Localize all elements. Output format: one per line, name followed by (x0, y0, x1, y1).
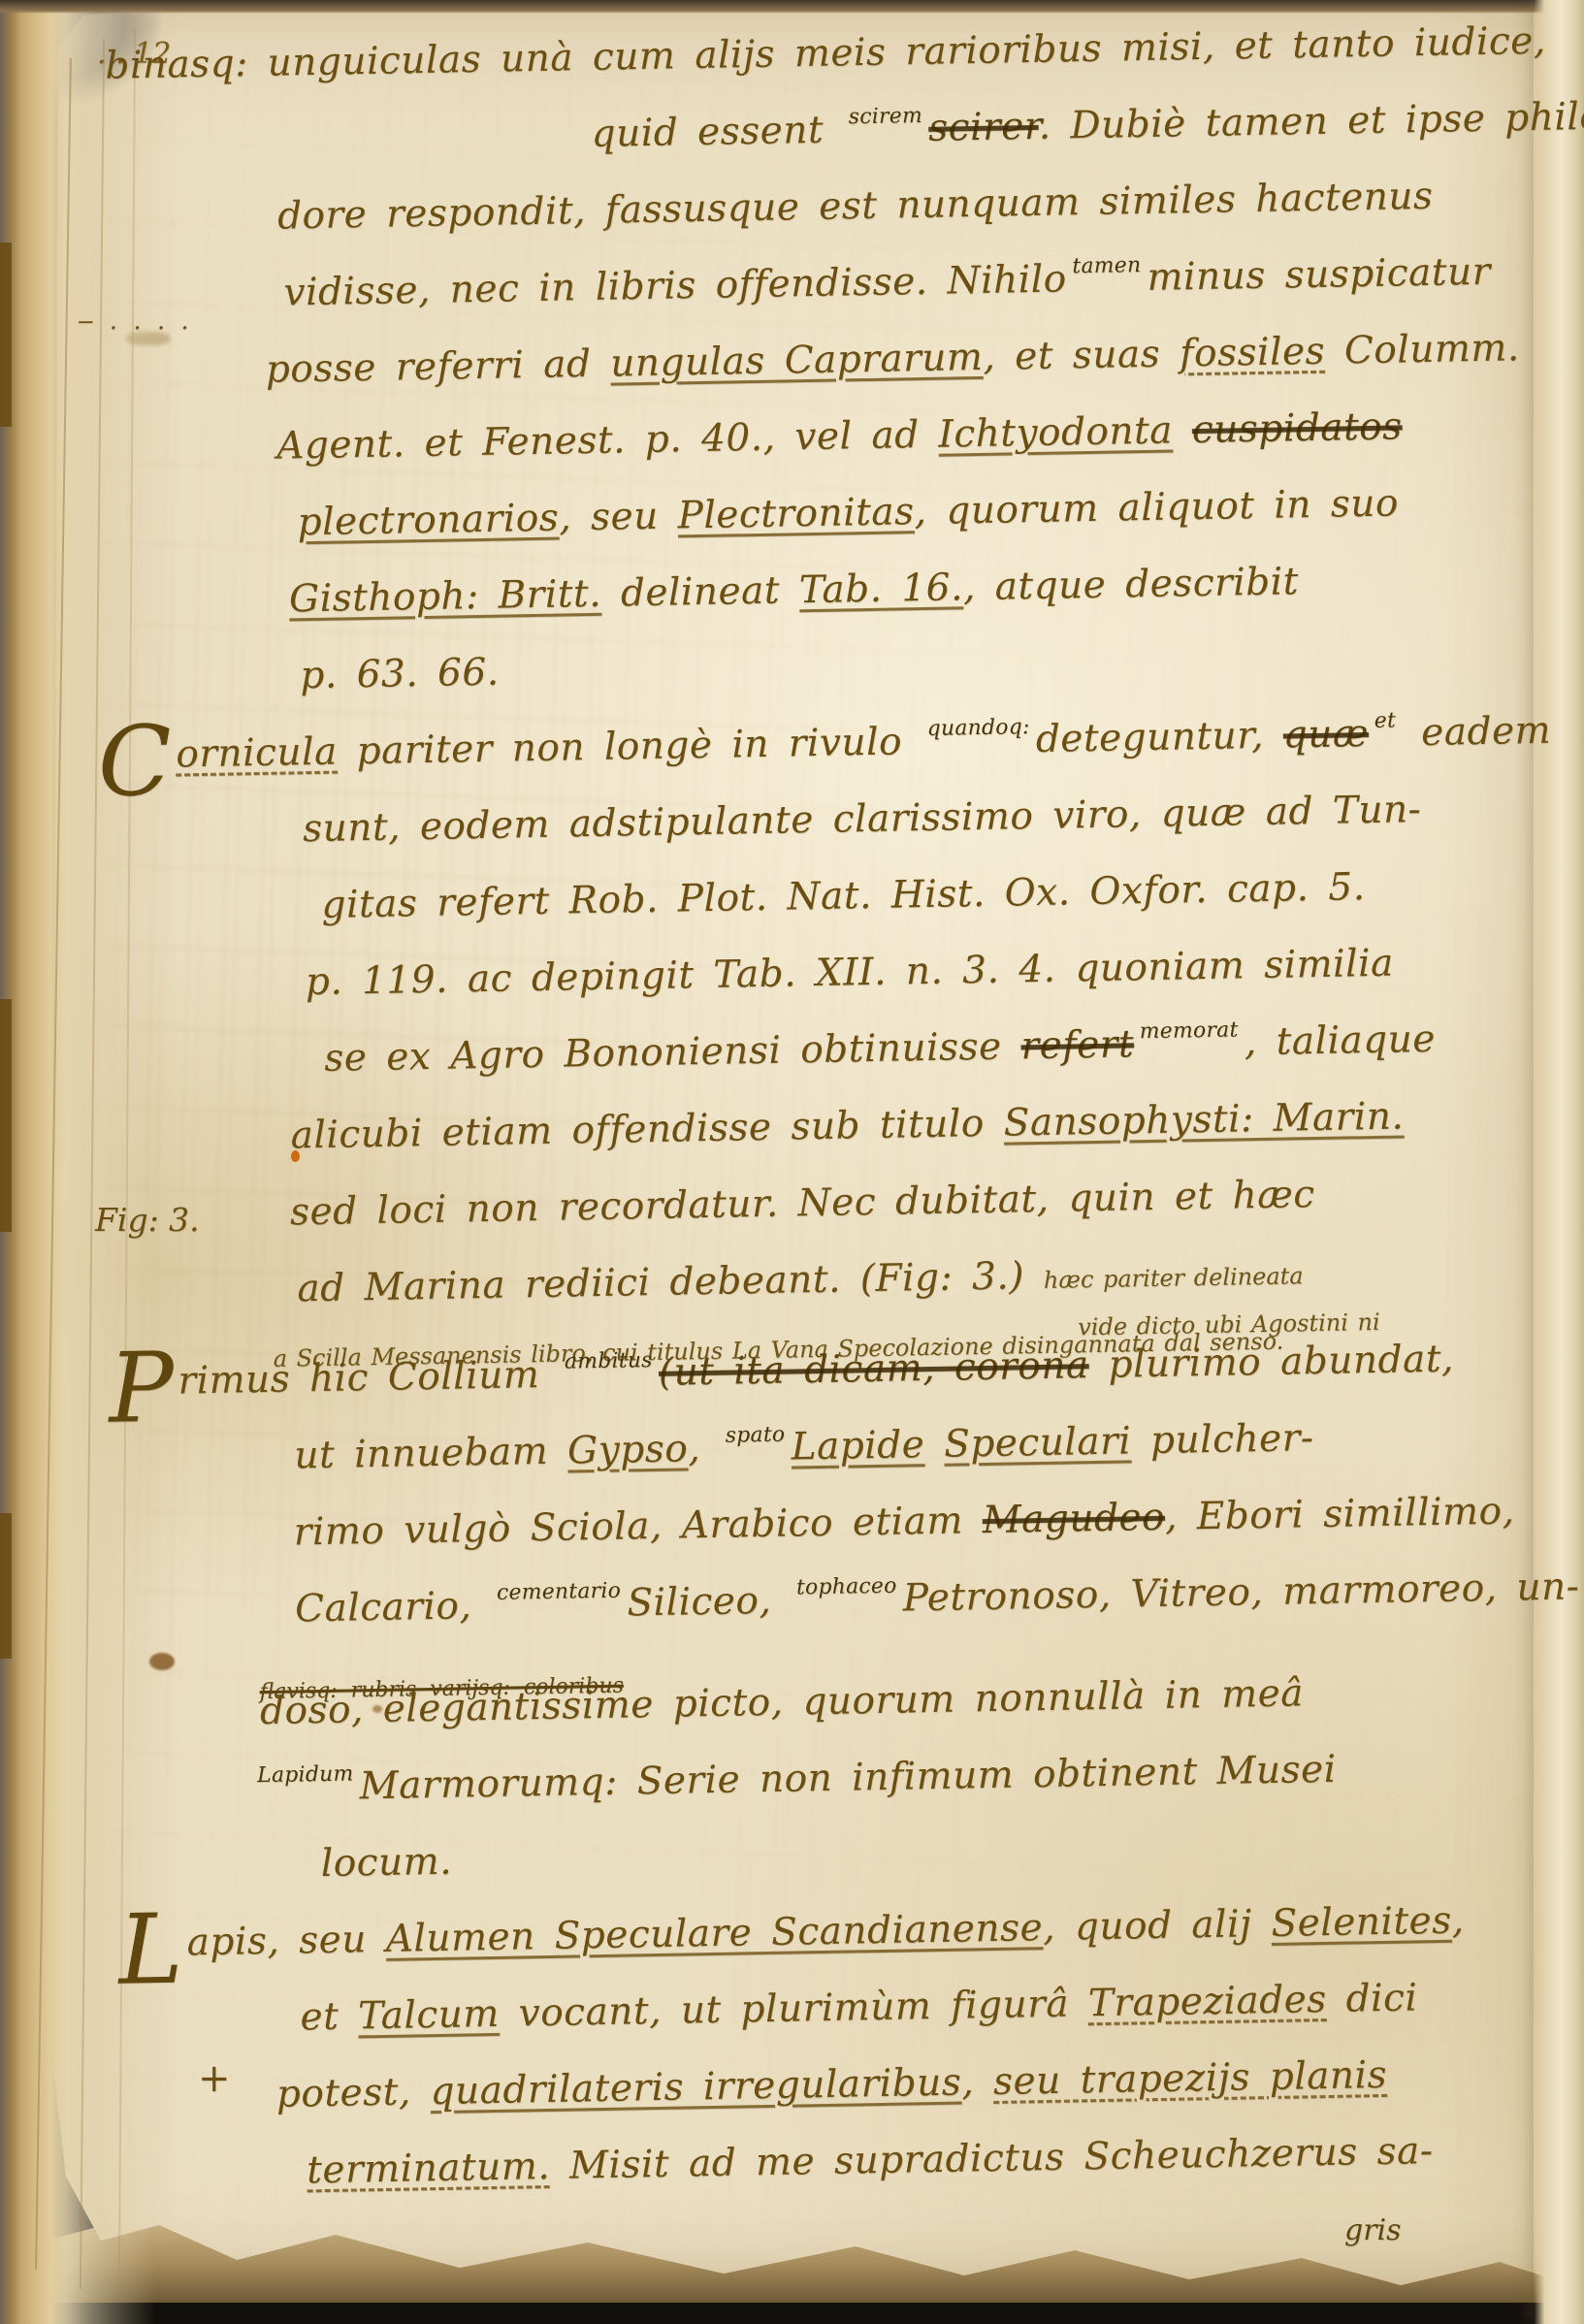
manuscript-text: Marmorumq: Serie non infimum obtinent Mu… (359, 1748, 1337, 1809)
binding-gilt-band (0, 242, 12, 427)
underlined-term: Trapeziades (1088, 1978, 1328, 2025)
interlinear-insertion: ambitus (565, 1348, 653, 1374)
underlined-term: Gypso (567, 1427, 689, 1472)
manuscript-text: , Ebori simillimo, (1165, 1490, 1515, 1539)
interlinear-insertion: memorat (1140, 1018, 1239, 1045)
manuscript-text: posse referri ad (265, 342, 610, 392)
manuscript-text: pariter non longè in rivulo (337, 720, 921, 774)
manuscript-text: vocant, ut plurimùm figurâ (499, 1982, 1088, 2036)
manuscript-text: , quorum aliquot in suo (914, 481, 1399, 533)
binding-gilt-band (0, 999, 12, 1232)
manuscript-text: , quod alij (1043, 1902, 1272, 1950)
manuscript-text: , (961, 2060, 994, 2105)
underlined-term: fossiles (1180, 330, 1326, 376)
manuscript-text: plurimo abundat, (1088, 1338, 1454, 1388)
underlined-term: Talcum (358, 1992, 500, 2039)
manuscript-text (1173, 408, 1193, 452)
manuscript-line: plectronarios, seu Plectronitas, quorum … (297, 479, 1549, 545)
interlinear-insertion: tophaceo (796, 1574, 897, 1600)
manuscript-text: dore respondit, fassusque est nunquam si… (277, 175, 1434, 239)
manuscript-text: . Dubiè tamen et ipse philosophico can- (1038, 90, 1584, 148)
manuscript-line: terminatum. Misit ad me supradictus Sche… (307, 2126, 1578, 2192)
manuscript-text: potest, (276, 2070, 431, 2116)
manuscript-line: posse referri ad ungulas Caprarum, et su… (265, 326, 1546, 392)
manuscript-text: sunt, eodem adstipulante clarissimo viro… (303, 788, 1422, 851)
manuscript-text: pulcher- (1131, 1416, 1314, 1463)
manuscript-line: Lapis, seu Alumen Speculare Scandianense… (118, 1897, 1574, 1966)
manuscript-line: se ex Agro Bononiensi obtinuisse refertm… (324, 1016, 1559, 1081)
initial-capital: C (97, 705, 174, 818)
manuscript-text: , atque describit (963, 560, 1300, 609)
interlinear-insertion: et (1374, 709, 1397, 733)
manuscript-text: et (300, 1994, 358, 2039)
manuscript-photo: . . 12 ‒ . . . . Fig: 3. + gris binasq: … (0, 0, 1584, 2324)
underlined-term: Plectronitas (677, 490, 915, 537)
manuscript-text: , (1451, 1898, 1465, 1942)
struck-out-word: (ut ita dicam, corona (659, 1343, 1090, 1395)
underlined-term: ungulas Caprarum (610, 336, 984, 386)
manuscript-text: , et suas (983, 332, 1180, 379)
interlinear-insertion: tamen (1072, 253, 1141, 278)
interlinear-insertion: scirem (849, 104, 923, 129)
underlined-term: quadrilateris irregularibus (430, 2061, 961, 2114)
manuscript-text: dici (1326, 1976, 1417, 2021)
manuscript-line: Calcario, cementarioSiliceo, tophaceoPet… (295, 1565, 1568, 1631)
manuscript-text: eadem (1402, 709, 1552, 756)
struck-out-word: scirer (928, 105, 1039, 150)
manuscript-line: p. 63. 66. (300, 632, 1552, 698)
manuscript-line: rimo vulgò Sciola, Arabico etiam Magudeo… (293, 1489, 1567, 1555)
struck-out-word: quæ (1282, 712, 1369, 758)
underlined-term: Speculari (944, 1419, 1132, 1466)
catchword: gris (1344, 2213, 1402, 2247)
manuscript-text: alicubi etiam offendisse sub titulo (290, 1102, 1004, 1158)
manuscript-line: Cornicula pariter non longè in rivulo qu… (97, 709, 1553, 778)
underlined-term: Tab. 16. (799, 565, 964, 612)
manuscript-text: apis, seu (186, 1918, 386, 1965)
manuscript-text: ad Marina rediici debeant. (Fig: 3.) (297, 1254, 1044, 1310)
initial-capital: P (108, 1332, 175, 1444)
underlined-term: Lapide (791, 1423, 924, 1469)
manuscript-text: gitas refert Rob. Plot. Nat. Hist. Ox. O… (321, 865, 1366, 927)
manuscript-line: dore respondit, fassusque est nunquam si… (277, 173, 1544, 239)
underlined-term: terminatum. (307, 2145, 551, 2192)
manuscript-text: p. 63. 66. (300, 651, 500, 698)
interlinear-insertion: quandoq: (926, 716, 1029, 742)
manuscript-text: delineat (601, 568, 800, 616)
manuscript-line: gitas refert Rob. Plot. Nat. Hist. Ox. O… (321, 862, 1556, 927)
manuscript-line: alicubi etiam offendisse sub titulo Sans… (290, 1092, 1560, 1158)
manuscript-text: Misit ad me supradictus Scheuchzerus sa- (550, 2129, 1434, 2188)
manuscript-text: Agent. et Fenest. p. 40., vel ad (276, 413, 939, 468)
underlined-term: ornicula (176, 730, 338, 777)
manuscript-text: ut innuebam (294, 1430, 567, 1478)
manuscript-text: sed loci non recordatur. Nec dubitat, qu… (290, 1173, 1315, 1234)
underlined-term: Sansophysti: Marin. (1003, 1094, 1404, 1145)
manuscript-text (924, 1423, 945, 1467)
interlinear-insertion: spato (726, 1423, 786, 1448)
manuscript-line: sunt, eodem adstipulante clarissimo viro… (303, 786, 1555, 852)
manuscript-text: rimo vulgò Sciola, Arabico etiam (293, 1499, 983, 1554)
marginal-note-text: hæc pariter delineata (1044, 1262, 1304, 1294)
manuscript-line: Gisthoph: Britt. delineat Tab. 16., atqu… (289, 556, 1551, 622)
manuscript-line: potest, quadrilateris irregularibus, seu… (276, 2050, 1577, 2116)
interlinear-insertion: Lapidum (257, 1762, 354, 1789)
manuscript-text: se ex Agro Bononiensi obtinuisse (324, 1024, 1021, 1081)
binding-gilt-band (0, 1513, 12, 1659)
manuscript-line: sed loci non recordatur. Nec dubitat, qu… (290, 1169, 1562, 1235)
struck-out-word: cuspidatos (1191, 404, 1403, 452)
manuscript-text: , taliaque (1244, 1017, 1436, 1064)
manuscript-text: vidisse, nec in libris offendisse. Nihil… (283, 257, 1067, 314)
book-top-edge (0, 0, 1584, 14)
initial-capital: L (117, 1893, 184, 2006)
manuscript-text: Columm. (1325, 326, 1520, 372)
manuscript-text: Petronoso, Vitreo, marmoreo, un- (902, 1565, 1579, 1620)
manuscript-line: LapidumMarmorumq: Serie non infimum obti… (251, 1744, 1571, 1811)
struck-out-word: refert (1020, 1022, 1134, 1068)
manuscript-line: quid essent sciremscirer. Dubiè tamen et… (591, 96, 1542, 156)
interlinear-insertion: cementario (497, 1579, 622, 1605)
manuscript-text: deteguntur, (1035, 714, 1283, 761)
manuscript-text: , (688, 1427, 721, 1471)
manuscript-line: locum. (320, 1821, 1572, 1887)
manuscript-text: quid essent (591, 108, 843, 156)
manuscript-line: Agent. et Fenest. p. 40., vel ad Ichtyod… (276, 403, 1548, 468)
underlined-term: Alumen Speculare Scandianense (385, 1906, 1043, 1961)
manuscript-text: rimus hic Collium (178, 1353, 559, 1404)
manuscript-text: p. 119. ac depingit Tab. XII. n. 3. 4. q… (306, 942, 1395, 1005)
manuscript-line: p. 119. ac depingit Tab. XII. n. 3. 4. q… (306, 939, 1558, 1005)
handwritten-text-block: binasq: unguiculas unà cum alijs meis ra… (85, 19, 1578, 2229)
manuscript-line: ut innuebam Gypso, spatoLapide Speculari… (294, 1412, 1566, 1478)
manuscript-line: vidisse, nec in libris offendisse. Nihil… (283, 249, 1545, 315)
manuscript-text: minus suspicatur (1147, 250, 1491, 300)
underlined-term: seu trapezijs planis (993, 2053, 1388, 2104)
struck-out-word: Magudeo (982, 1496, 1165, 1542)
underlined-term: Selenites (1271, 1899, 1452, 1946)
underlined-term: plectronarios (297, 497, 559, 545)
manuscript-text: , seu (559, 494, 678, 539)
manuscript-text: Siliceo, (627, 1579, 792, 1626)
manuscript-line: et Talcum vocant, ut plurimùm figurâ Tra… (300, 1974, 1575, 2040)
manuscript-text: locum. (320, 1840, 452, 1886)
manuscript-text: Calcario, (295, 1584, 492, 1631)
underlined-term: Ichtyodonta (938, 409, 1173, 457)
underlined-term: Gisthoph: Britt. (289, 572, 602, 622)
